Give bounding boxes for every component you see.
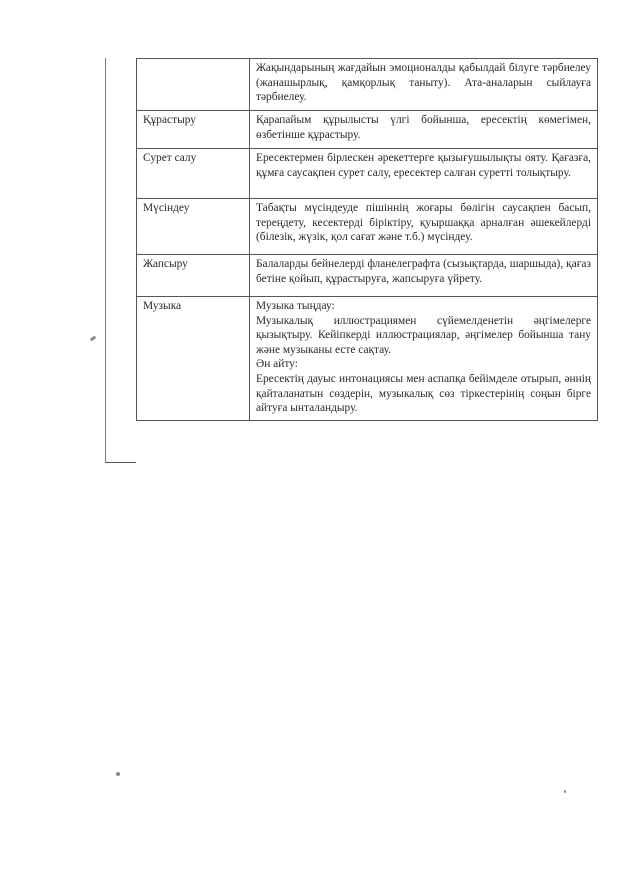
table-row: Жапсыру Балаларды бейнелерді фланелеграф…	[137, 255, 598, 297]
description-text: Ересектермен бірлескен әрекеттерге қызығ…	[256, 151, 591, 180]
table-row: Құрастыру Қарапайым құрылысты үлгі бойын…	[137, 111, 598, 149]
row-label: Құрастыру	[137, 111, 250, 149]
subheading-singing: Ән айту:	[256, 357, 591, 372]
scan-artifact	[116, 772, 120, 776]
outer-table-border	[105, 58, 106, 463]
table-row: Музыка Музыка тыңдау: Музыкалық иллюстра…	[137, 297, 598, 421]
table-row: Мүсіндеу Табақты мүсіндеуде пішіннің жоғ…	[137, 199, 598, 255]
row-description: Табақты мүсіндеуде пішіннің жоғары бөліг…	[250, 199, 598, 255]
row-description: Жақындарының жағдайын эмоционалды қабылд…	[250, 59, 598, 111]
scan-artifact	[90, 336, 97, 342]
subheading-music-listening: Музыка тыңдау:	[256, 299, 591, 314]
curriculum-table: Жақындарының жағдайын эмоционалды қабылд…	[136, 58, 598, 421]
row-label	[137, 59, 250, 111]
table-row: Сурет салу Ересектермен бірлескен әрекет…	[137, 149, 598, 199]
scan-artifact	[564, 790, 566, 793]
row-description: Қарапайым құрылысты үлгі бойынша, ересек…	[250, 111, 598, 149]
row-description: Ересектермен бірлескен әрекеттерге қызығ…	[250, 149, 598, 199]
row-label: Музыка	[137, 297, 250, 421]
description-text: Қарапайым құрылысты үлгі бойынша, ересек…	[256, 113, 591, 142]
description-text: Балаларды бейнелерді фланелеграфта (сызы…	[256, 257, 591, 286]
row-label: Мүсіндеу	[137, 199, 250, 255]
row-label: Жапсыру	[137, 255, 250, 297]
row-description: Музыка тыңдау: Музыкалық иллюстрациямен …	[250, 297, 598, 421]
row-description: Балаларды бейнелерді фланелеграфта (сызы…	[250, 255, 598, 297]
description-text: Ересектің дауыс интонациясы мен аспапқа …	[256, 372, 591, 416]
description-text: Жақындарының жағдайын эмоционалды қабылд…	[256, 61, 591, 105]
description-text: Музыкалық иллюстрациямен сүйемелденетін …	[256, 314, 591, 358]
table-row: Жақындарының жағдайын эмоционалды қабылд…	[137, 59, 598, 111]
row-label: Сурет салу	[137, 149, 250, 199]
description-text: Табақты мүсіндеуде пішіннің жоғары бөліг…	[256, 201, 591, 245]
outer-table-border-bottom	[105, 462, 136, 463]
